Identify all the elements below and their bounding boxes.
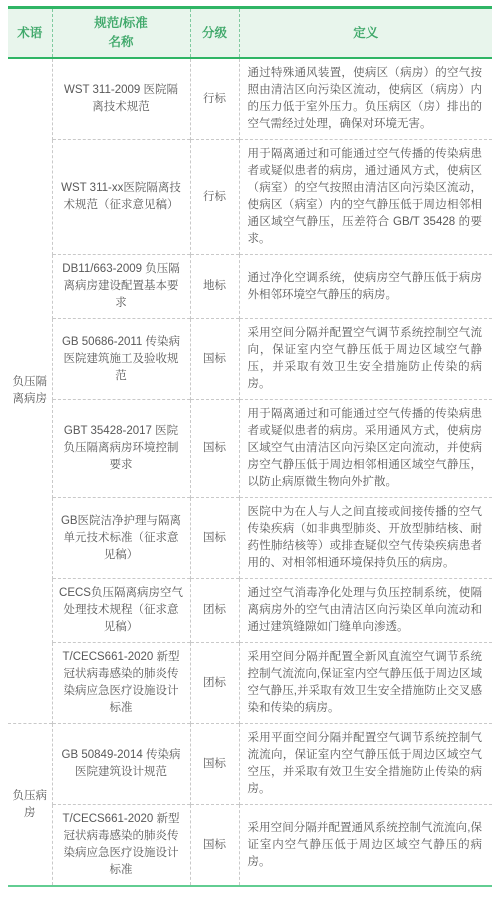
column-header-definition: 定义 — [239, 9, 492, 58]
name-cell: WST 311-xx医院隔离技术规范（征求意见稿） — [52, 140, 190, 255]
level-cell: 国标 — [190, 400, 239, 498]
table-body: 负压隔离病房WST 311-2009 医院隔离技术规范行标通过特殊通风装置，使病… — [8, 58, 492, 885]
term-cell: 负压隔离病房 — [8, 58, 52, 724]
standards-table: 术语 规范/标准 名称 分级 定义 负压隔离病房WST 311-2009 医院隔… — [8, 9, 492, 885]
table-header: 术语 规范/标准 名称 分级 定义 — [8, 9, 492, 58]
definition-cell: 采用空间分隔并配置通风系统控制气流流向,保证室内空气静压低于周边区域空气静压的病… — [239, 805, 492, 886]
name-cell: CECS负压隔离病房空气处理技术规程（征求意见稿） — [52, 579, 190, 643]
name-cell: T/CECS661-2020 新型冠状病毒感染的肺炎传染病应急医疗设施设计标准 — [52, 643, 190, 724]
column-header-level: 分级 — [190, 9, 239, 58]
column-header-standard-name: 规范/标准 名称 — [52, 9, 190, 58]
name-cell: GB 50686-2011 传染病医院建筑施工及验收规范 — [52, 319, 190, 400]
definition-cell: 采用空间分隔并配置空气调节系统控制空气流向，保证室内空气静压低于周边区域空气静压… — [239, 319, 492, 400]
level-cell: 国标 — [190, 319, 239, 400]
level-cell: 行标 — [190, 140, 239, 255]
column-header-term: 术语 — [8, 9, 52, 58]
table-row: DB11/663-2009 负压隔离病房建设配置基本要求地标通过净化空调系统，使… — [8, 255, 492, 319]
standards-table-container: 术语 规范/标准 名称 分级 定义 负压隔离病房WST 311-2009 医院隔… — [8, 6, 492, 887]
definition-cell: 采用平面空间分隔并配置空气调节系统控制气流流向，保证室内空气静压低于周边区域空气… — [239, 724, 492, 805]
level-cell: 国标 — [190, 805, 239, 886]
definition-cell: 用于隔离通过和可能通过空气传播的传染病患者或疑似患者的病房。采用通风方式，使病房… — [239, 400, 492, 498]
name-cell: DB11/663-2009 负压隔离病房建设配置基本要求 — [52, 255, 190, 319]
table-row: GB医院洁净护理与隔离单元技术标准（征求意见稿）国标医院中为在人与人之间直接或间… — [8, 498, 492, 579]
name-cell: T/CECS661-2020 新型冠状病毒感染的肺炎传染病应急医疗设施设计标准 — [52, 805, 190, 886]
name-cell: WST 311-2009 医院隔离技术规范 — [52, 58, 190, 140]
definition-cell: 通过空气消毒净化处理与负压控制系统，使隔离病房外的空气由清洁区向污染区单向流动和… — [239, 579, 492, 643]
definition-cell: 用于隔离通过和可能通过空气传播的传染病患者或疑似患者的病房，通过通风方式，使病区… — [239, 140, 492, 255]
table-row: 负压隔离病房WST 311-2009 医院隔离技术规范行标通过特殊通风装置，使病… — [8, 58, 492, 140]
level-cell: 地标 — [190, 255, 239, 319]
table-row: T/CECS661-2020 新型冠状病毒感染的肺炎传染病应急医疗设施设计标准国… — [8, 805, 492, 886]
header-row: 术语 规范/标准 名称 分级 定义 — [8, 9, 492, 58]
term-cell: 负压病房 — [8, 724, 52, 886]
table-row: CECS负压隔离病房空气处理技术规程（征求意见稿）团标通过空气消毒净化处理与负压… — [8, 579, 492, 643]
table-row: GBT 35428-2017 医院负压隔离病房环境控制要求国标用于隔离通过和可能… — [8, 400, 492, 498]
name-cell: GBT 35428-2017 医院负压隔离病房环境控制要求 — [52, 400, 190, 498]
definition-cell: 医院中为在人与人之间直接或间接传播的空气传染疾病（如非典型肺炎、开放型肺结核、耐… — [239, 498, 492, 579]
table-row: GB 50686-2011 传染病医院建筑施工及验收规范国标采用空间分隔并配置空… — [8, 319, 492, 400]
name-cell: GB 50849-2014 传染病医院建筑设计规范 — [52, 724, 190, 805]
table-row: WST 311-xx医院隔离技术规范（征求意见稿）行标用于隔离通过和可能通过空气… — [8, 140, 492, 255]
table-row: T/CECS661-2020 新型冠状病毒感染的肺炎传染病应急医疗设施设计标准团… — [8, 643, 492, 724]
level-cell: 行标 — [190, 58, 239, 140]
table-row: 负压病房GB 50849-2014 传染病医院建筑设计规范国标采用平面空间分隔并… — [8, 724, 492, 805]
name-cell: GB医院洁净护理与隔离单元技术标准（征求意见稿） — [52, 498, 190, 579]
level-cell: 国标 — [190, 498, 239, 579]
definition-cell: 采用空间分隔并配置全新风直流空气调节系统控制气流流向,保证室内空气静压低于周边区… — [239, 643, 492, 724]
level-cell: 国标 — [190, 724, 239, 805]
level-cell: 团标 — [190, 643, 239, 724]
definition-cell: 通过净化空调系统，使病房空气静压低于病房外相邻环境空气静压的病房。 — [239, 255, 492, 319]
definition-cell: 通过特殊通风装置，使病区（病房）的空气按照由清洁区向污染区流动，使病区（病房）内… — [239, 58, 492, 140]
level-cell: 团标 — [190, 579, 239, 643]
